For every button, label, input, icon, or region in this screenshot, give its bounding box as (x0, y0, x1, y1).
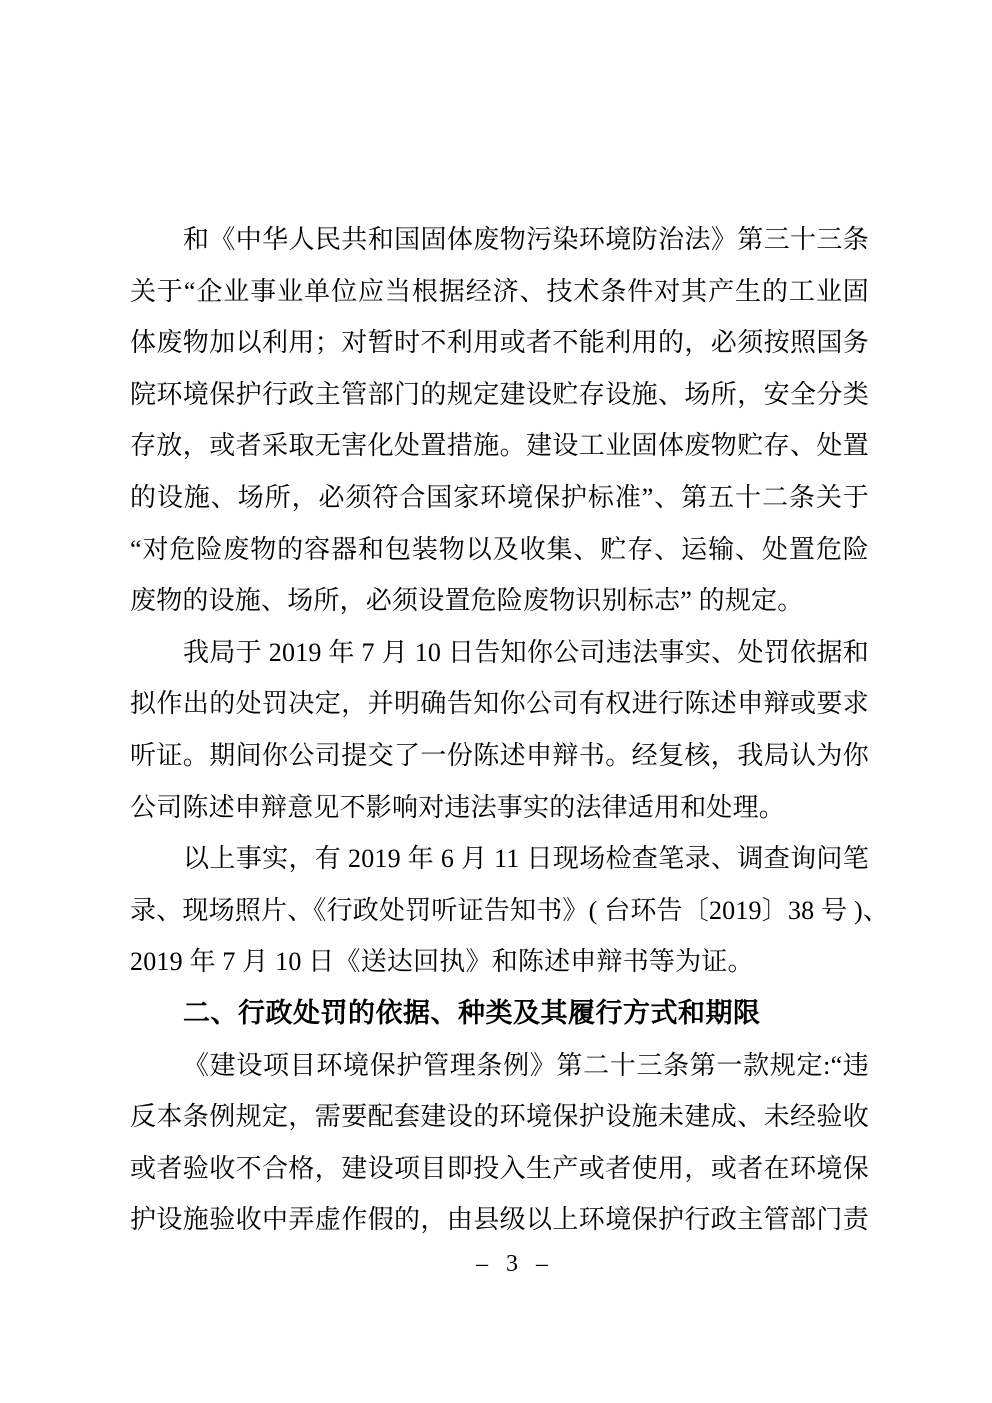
body-line: 我局于 2019 年 7 月 10 日告知你公司违法事实、处罚依据和 (130, 627, 869, 679)
section-heading: 二、行政处罚的依据、种类及其履行方式和期限 (130, 988, 869, 1040)
body-line: 反本条例规定，需要配套建设的环境保护设施未建成、未经验收 (130, 1091, 869, 1143)
body-line: 或者验收不合格，建设项目即投入生产或者使用，或者在环境保 (130, 1143, 869, 1195)
body-line: 《建设项目环境保护管理条例》第二十三条第一款规定:“违 (130, 1040, 869, 1092)
body-line: 存放，或者采取无害化处置措施。建设工业固体废物贮存、处置 (130, 420, 869, 472)
body-line: 录、现场照片、《行政处罚听证告知书》( 台环告〔2019〕38 号 )、 (130, 885, 869, 937)
body-line: 2019 年 7 月 10 日《送达回执》和陈述申辩书等为证。 (130, 936, 869, 988)
body-line: 的设施、场所，必须符合国家环境保护标准”、第五十二条关于 (130, 472, 869, 524)
body-line: 和《中华人民共和国固体废物污染环境防治法》第三十三条 (130, 214, 869, 266)
body-line: 护设施验收中弄虚作假的，由县级以上环境保护行政主管部门责 (130, 1194, 869, 1246)
page-number: – 3 – (130, 1248, 896, 1280)
body-line: 院环境保护行政主管部门的规定建设贮存设施、场所，安全分类 (130, 369, 869, 421)
body-line: 拟作出的处罚决定，并明确告知你公司有权进行陈述申辩或要求 (130, 678, 869, 730)
body-line: 公司陈述申辩意见不影响对违法事实的法律适用和处理。 (130, 782, 869, 834)
body-line: 以上事实，有 2019 年 6 月 11 日现场检查笔录、调查询问笔 (130, 833, 869, 885)
body-line: 体废物加以利用；对暂时不利用或者不能利用的，必须按照国务 (130, 317, 869, 369)
document-body: 和《中华人民共和国固体废物污染环境防治法》第三十三条关于“企业事业单位应当根据经… (130, 214, 869, 1246)
body-line: “对危险废物的容器和包装物以及收集、贮存、运输、处置危险 (130, 524, 869, 576)
document-page: 和《中华人民共和国固体废物污染环境防治法》第三十三条关于“企业事业单位应当根据经… (0, 0, 992, 1403)
body-line: 听证。期间你公司提交了一份陈述申辩书。经复核，我局认为你 (130, 730, 869, 782)
body-line: 关于“企业事业单位应当根据经济、技术条件对其产生的工业固 (130, 266, 869, 318)
body-line: 废物的设施、场所，必须设置危险废物识别标志” 的规定。 (130, 575, 869, 627)
